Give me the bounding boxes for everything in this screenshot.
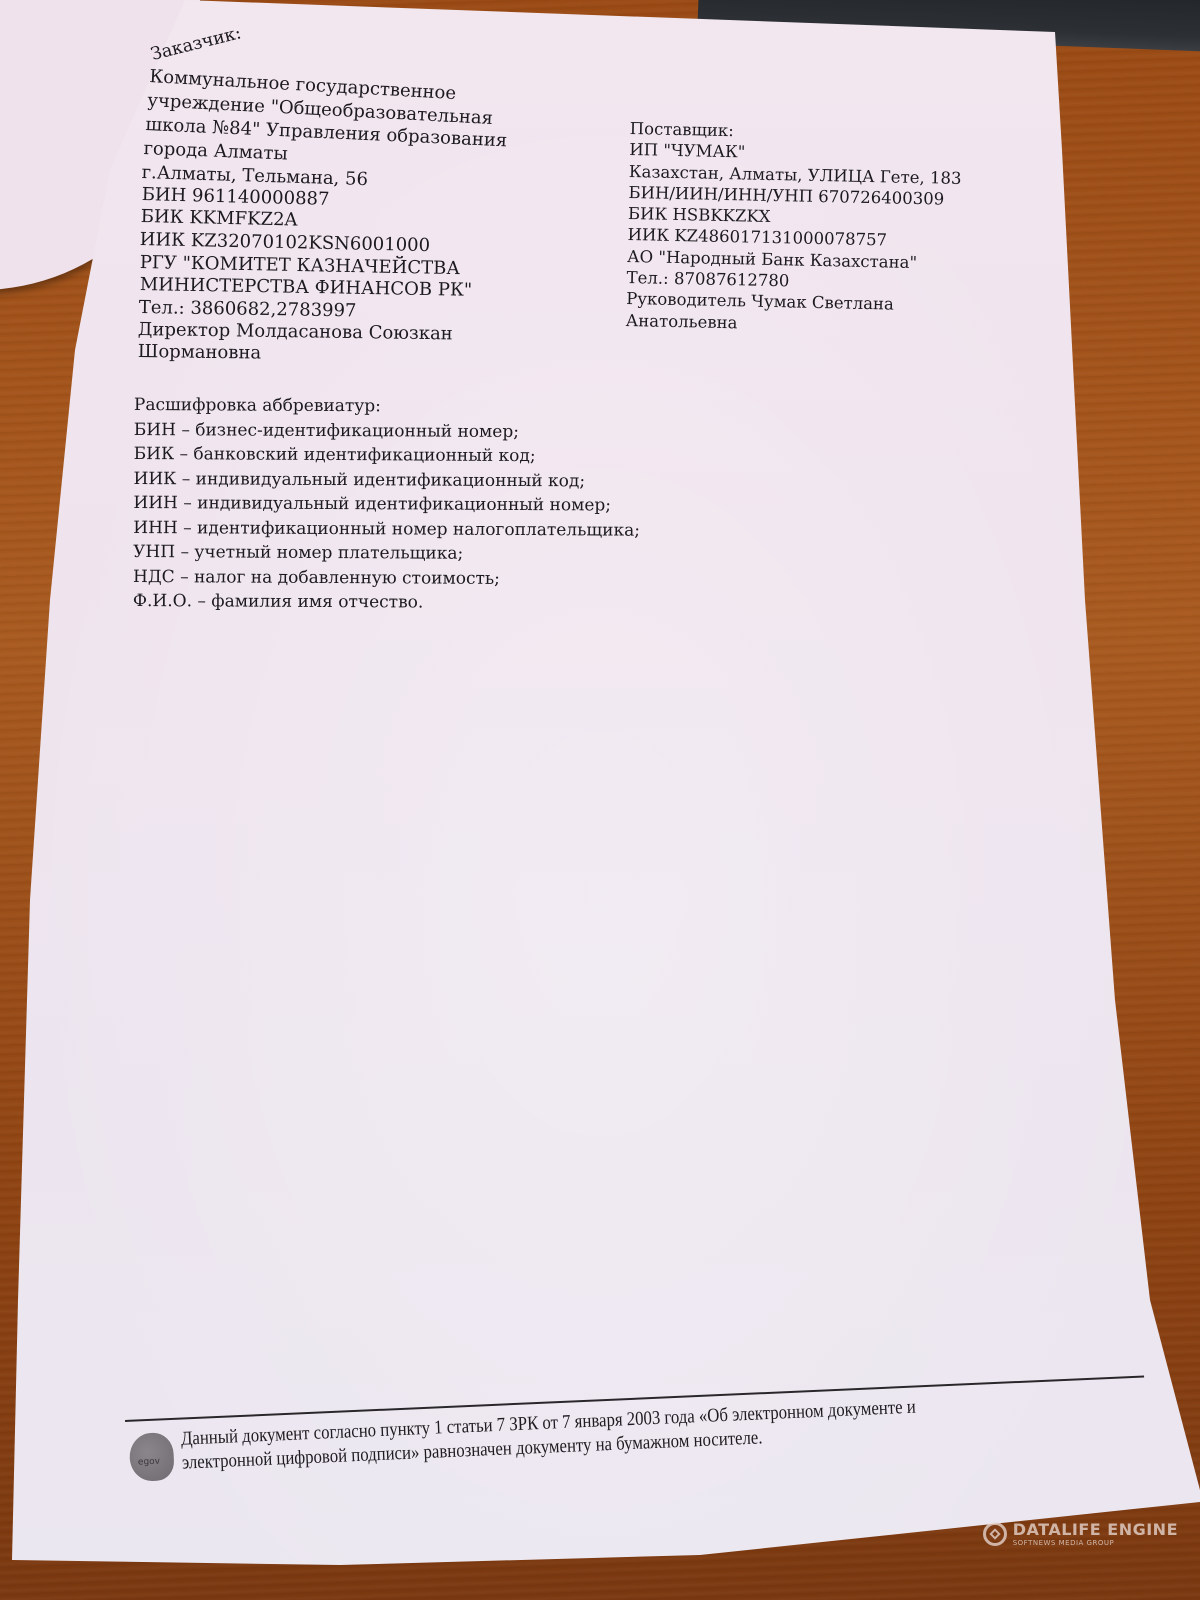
watermark-subtitle: SOFTNEWS MEDIA GROUP (1013, 1539, 1178, 1547)
abbreviation-item: УНП – учетный номер плательщика; (133, 540, 640, 567)
watermark-title: DATALIFE ENGINE (1013, 1520, 1178, 1539)
abbreviation-item: ИИН – индивидуальный идентификационный н… (133, 491, 640, 518)
abbreviation-item: ИИК – индивидуальный идентификационный к… (133, 466, 640, 493)
seal-text: egov (138, 1457, 161, 1468)
customer-line: Шормановна (138, 341, 500, 367)
abbreviation-item: БИК – банковский идентификационный код; (134, 442, 641, 469)
supplier-block: Поставщик: ИП "ЧУМАК" Казахстан, Алматы,… (626, 118, 963, 338)
abbreviation-item: БИН – бизнес-идентификационный номер; (134, 417, 641, 444)
customer-block: Заказчик: Коммунальное государственное у… (140, 44, 502, 352)
watermark: DATALIFE ENGINE SOFTNEWS MEDIA GROUP (983, 1520, 1178, 1547)
abbreviation-item: ИНН – идентификационный номер налогоплат… (133, 515, 640, 542)
datalife-logo-icon (983, 1522, 1007, 1546)
abbreviations-block: Расшифровка аббревиатур: БИН – бизнес-ид… (133, 393, 641, 616)
abbreviation-item: Ф.И.О. – фамилия имя отчество. (133, 589, 640, 616)
abbreviation-item: НДС – налог на добавленную стоимость; (133, 564, 640, 591)
abbreviations-heading: Расшифровка аббревиатур: (134, 393, 641, 420)
